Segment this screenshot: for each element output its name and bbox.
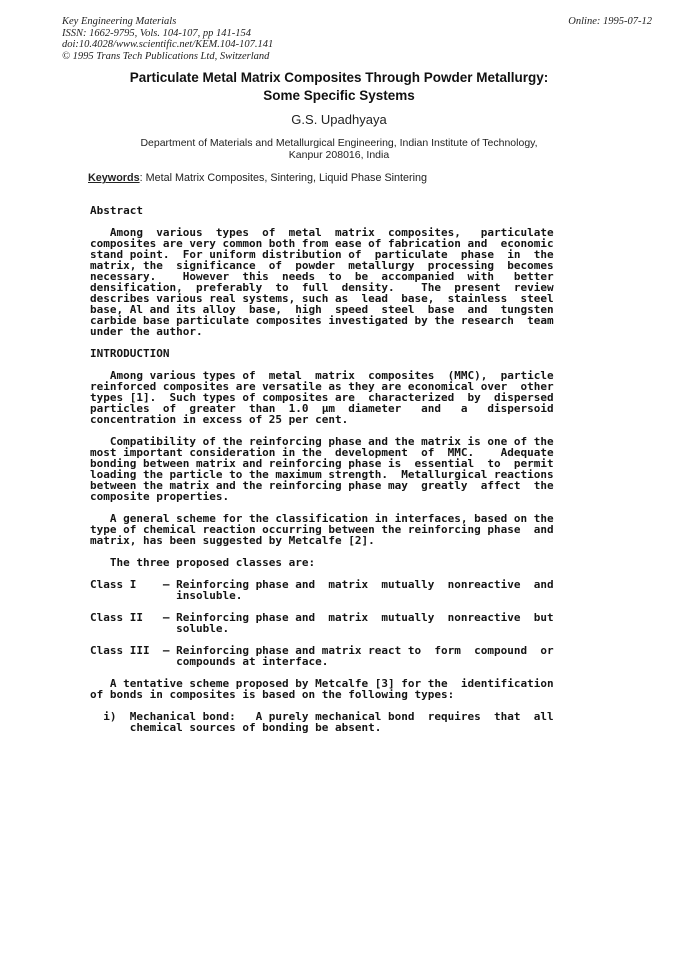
keywords-label: Keywords (88, 172, 140, 184)
paper-body: Abstract Among various types of metal ma… (90, 205, 678, 733)
affiliation-line-1: Department of Materials and Metallurgica… (0, 137, 678, 149)
paper-title: Particulate Metal Matrix Composites Thro… (0, 69, 678, 104)
doi-line: doi:10.4028/www.scientific.net/KEM.104-1… (62, 39, 273, 51)
introduction-heading: INTRODUCTION (90, 348, 678, 359)
tentative-scheme-paragraph: A tentative scheme proposed by Metcalfe … (90, 678, 678, 700)
classes-intro-line: The three proposed classes are: (90, 557, 678, 568)
introduction-paragraph-2: Compatibility of the reinforcing phase a… (90, 436, 678, 502)
issn-line: ISSN: 1662-9795, Vols. 104-107, pp 141-1… (62, 28, 273, 40)
journal-meta-block: Key Engineering Materials ISSN: 1662-979… (62, 16, 273, 62)
abstract-paragraph: Among various types of metal matrix comp… (90, 227, 678, 337)
affiliation-line-2: Kanpur 208016, India (0, 149, 678, 161)
affiliation: Department of Materials and Metallurgica… (0, 137, 678, 161)
online-date: Online: 1995-07-12 (568, 16, 652, 28)
class-2-definition: Class II — Reinforcing phase and matrix … (90, 612, 678, 634)
journal-title: Key Engineering Materials (62, 16, 273, 28)
copyright-line: © 1995 Trans Tech Publications Ltd, Swit… (62, 51, 273, 63)
journal-header: Key Engineering Materials ISSN: 1662-979… (0, 0, 678, 62)
author-name: G.S. Upadhyaya (0, 112, 678, 127)
keywords-line: Keywords: Metal Matrix Composites, Sinte… (88, 172, 678, 184)
keywords-text: : Metal Matrix Composites, Sintering, Li… (140, 172, 427, 184)
class-3-definition: Class III — Reinforcing phase and matrix… (90, 645, 678, 667)
class-1-definition: Class I — Reinforcing phase and matrix m… (90, 579, 678, 601)
paper-title-line-2: Some Specific Systems (0, 87, 678, 105)
introduction-paragraph-3: A general scheme for the classification … (90, 513, 678, 546)
paper-title-line-1: Particulate Metal Matrix Composites Thro… (0, 69, 678, 87)
mechanical-bond-item: i) Mechanical bond: A purely mechanical … (90, 711, 678, 733)
paper-page: Key Engineering Materials ISSN: 1662-979… (0, 0, 678, 959)
introduction-paragraph-1: Among various types of metal matrix comp… (90, 370, 678, 425)
abstract-heading: Abstract (90, 205, 678, 216)
